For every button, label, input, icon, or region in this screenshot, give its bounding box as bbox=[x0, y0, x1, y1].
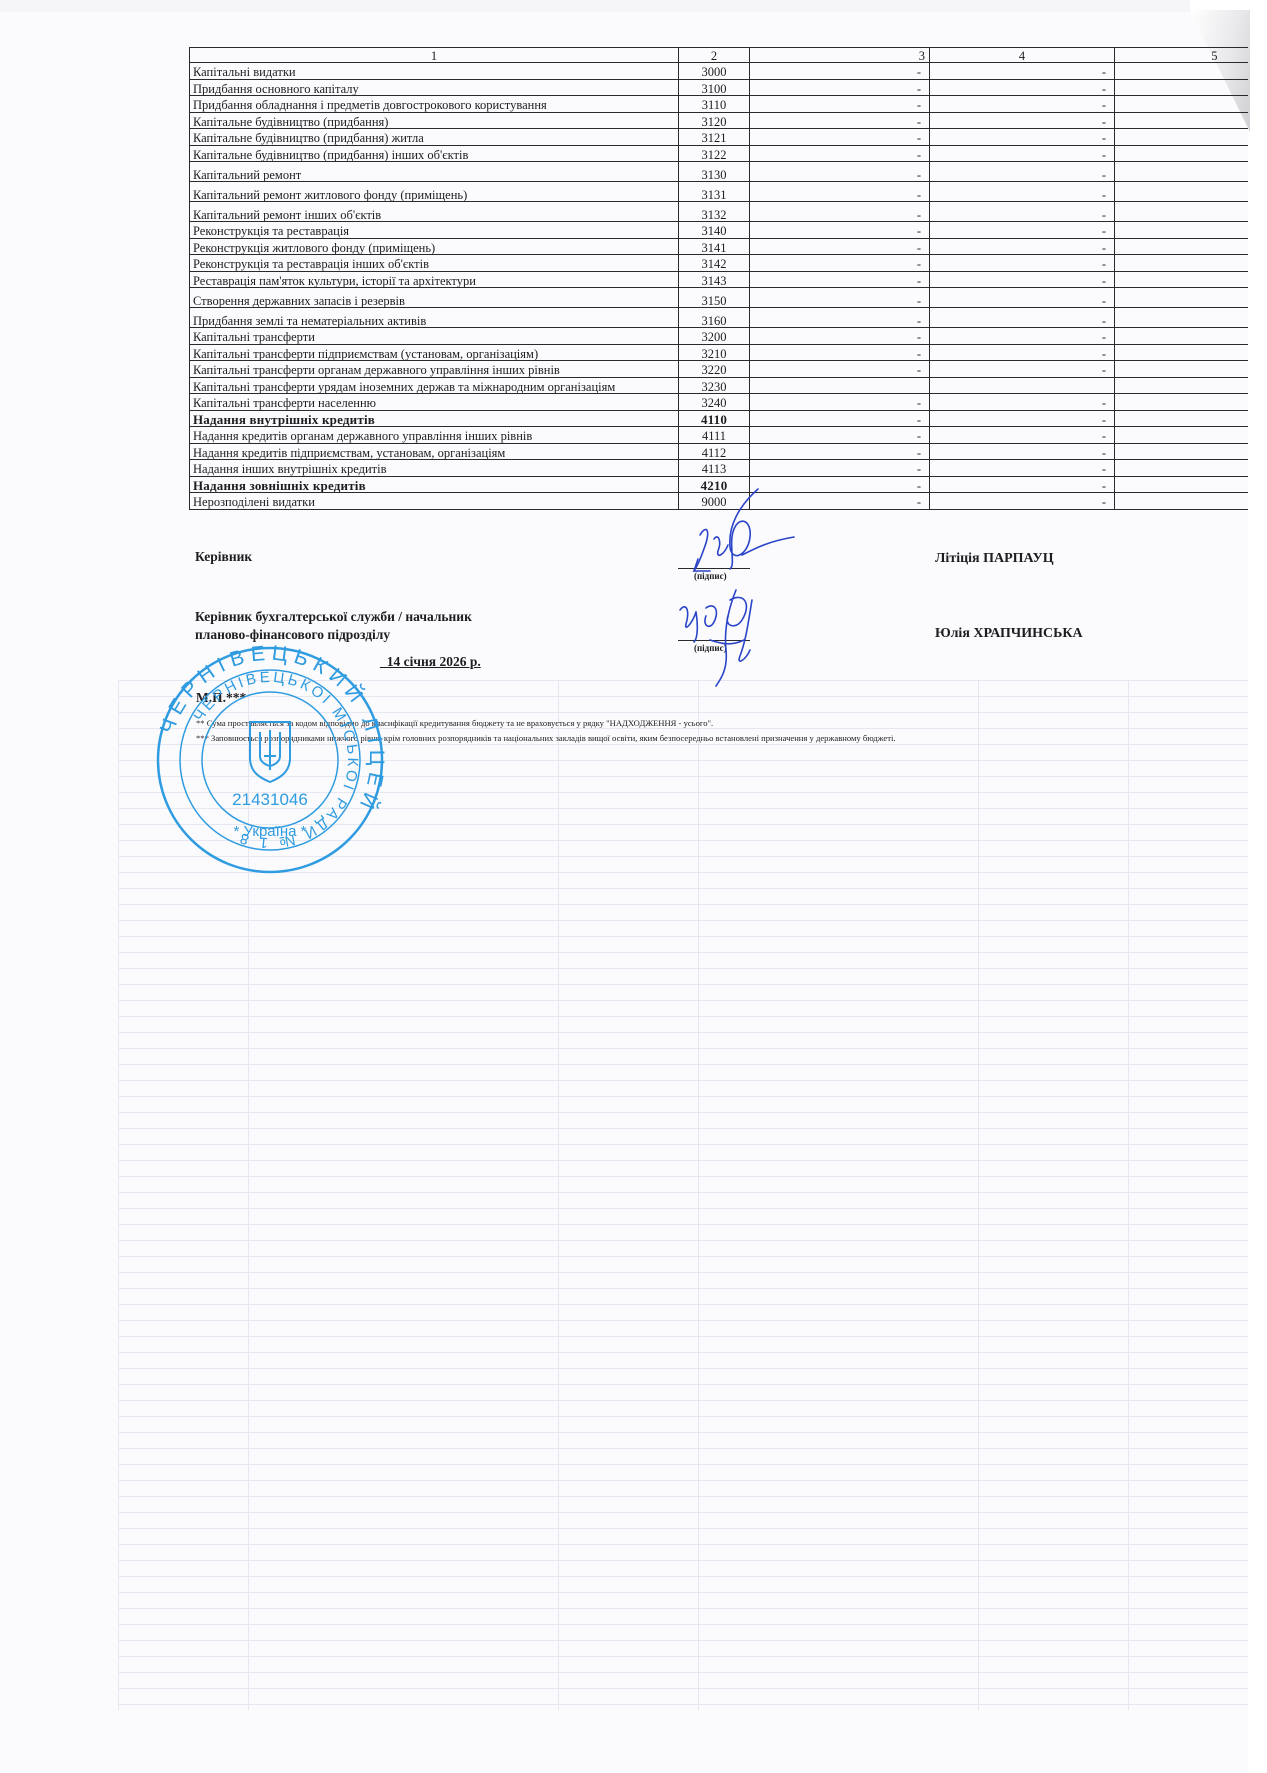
expenditure-table: 1 2 3 4 5 Капітальні видатки3000--Придба… bbox=[189, 47, 1248, 510]
row-value-col5 bbox=[1115, 271, 1248, 288]
row-name: Реставрація пам'яток культури, історії т… bbox=[190, 271, 679, 288]
row-value-col3: - bbox=[750, 79, 930, 96]
row-name: Нерозподілені видатки bbox=[190, 493, 679, 510]
row-name: Придбання землі та нематеріальних активі… bbox=[190, 308, 679, 328]
row-value-col3: - bbox=[750, 96, 930, 113]
row-value-col3: - bbox=[750, 308, 930, 328]
table-row: Надання інших внутрішніх кредитів4113-- bbox=[190, 460, 1248, 477]
row-name: Капітальні видатки bbox=[190, 63, 679, 80]
row-value-col4: - bbox=[930, 112, 1115, 129]
row-code: 3240 bbox=[679, 394, 750, 411]
row-value-col4: - bbox=[930, 271, 1115, 288]
table-row: Реконструкція та реставрація3140-- bbox=[190, 222, 1248, 239]
row-code: 3160 bbox=[679, 308, 750, 328]
row-name: Придбання обладнання і предметів довгост… bbox=[190, 96, 679, 113]
row-name: Створення державних запасів і резервів bbox=[190, 288, 679, 308]
head-signature-icon bbox=[670, 485, 800, 585]
row-code: 4113 bbox=[679, 460, 750, 477]
row-value-col5 bbox=[1115, 493, 1248, 510]
row-value-col5 bbox=[1115, 443, 1248, 460]
row-code: 3120 bbox=[679, 112, 750, 129]
table-row: Капітальне будівництво (придбання) інших… bbox=[190, 145, 1248, 162]
row-value-col5 bbox=[1115, 129, 1248, 146]
row-value-col5 bbox=[1115, 238, 1248, 255]
table-row: Придбання обладнання і предметів довгост… bbox=[190, 96, 1248, 113]
row-name: Придбання основного капіталу bbox=[190, 79, 679, 96]
column-header: 1 bbox=[190, 48, 679, 63]
row-name: Капітальний ремонт інших об'єктів bbox=[190, 202, 679, 222]
row-value-col5 bbox=[1115, 202, 1248, 222]
row-value-col5 bbox=[1115, 394, 1248, 411]
row-value-col3: - bbox=[750, 63, 930, 80]
row-value-col5 bbox=[1115, 145, 1248, 162]
row-value-col4: - bbox=[930, 493, 1115, 510]
row-value-col3: - bbox=[750, 145, 930, 162]
row-value-col3: - bbox=[750, 238, 930, 255]
accountant-signature-icon bbox=[670, 580, 790, 690]
head-name: Літіція ПАРПАУЦ bbox=[935, 551, 1054, 567]
row-value-col5 bbox=[1115, 112, 1248, 129]
row-code: 3200 bbox=[679, 328, 750, 345]
table-row: Капітальне будівництво (придбання)3120-- bbox=[190, 112, 1248, 129]
row-value-col4: - bbox=[930, 79, 1115, 96]
table-row: Придбання основного капіталу3100-- bbox=[190, 79, 1248, 96]
row-value-col4: - bbox=[930, 361, 1115, 378]
row-value-col4: - bbox=[930, 145, 1115, 162]
row-value-col5 bbox=[1115, 162, 1248, 182]
row-value-col5 bbox=[1115, 63, 1248, 80]
row-name: Надання зовнішніх кредитів bbox=[190, 476, 679, 493]
official-stamp-icon: ЧЕРНІВЕЦЬКИЙ ЛІЦЕЙ ЧЕРНІВЕЦЬКОЇ МІСЬКОЇ … bbox=[150, 640, 390, 880]
row-name: Капітальний ремонт житлового фонду (прим… bbox=[190, 182, 679, 202]
row-value-col4: - bbox=[930, 460, 1115, 477]
row-value-col3: - bbox=[750, 162, 930, 182]
row-name: Надання внутрішніх кредитів bbox=[190, 410, 679, 427]
row-value-col4: - bbox=[930, 182, 1115, 202]
row-name: Реконструкція житлового фонду (приміщень… bbox=[190, 238, 679, 255]
head-label: Керівник bbox=[195, 548, 252, 566]
row-name: Капітальне будівництво (придбання) bbox=[190, 112, 679, 129]
row-value-col5 bbox=[1115, 361, 1248, 378]
row-code: 4112 bbox=[679, 443, 750, 460]
row-value-col4: - bbox=[930, 288, 1115, 308]
row-value-col4: - bbox=[930, 443, 1115, 460]
row-code: 3143 bbox=[679, 271, 750, 288]
row-value-col5 bbox=[1115, 377, 1248, 394]
row-value-col4: - bbox=[930, 222, 1115, 239]
row-code: 3210 bbox=[679, 344, 750, 361]
row-value-col3: - bbox=[750, 112, 930, 129]
table-header-row: 1 2 3 4 5 bbox=[190, 48, 1248, 63]
row-value-col5 bbox=[1115, 344, 1248, 361]
row-value-col5 bbox=[1115, 476, 1248, 493]
row-value-col3: - bbox=[750, 427, 930, 444]
row-code: 3110 bbox=[679, 96, 750, 113]
row-code: 3140 bbox=[679, 222, 750, 239]
row-code: 3130 bbox=[679, 162, 750, 182]
row-name: Капітальні трансферти урядам іноземних д… bbox=[190, 377, 679, 394]
table-row: Капітальний ремонт житлового фонду (прим… bbox=[190, 182, 1248, 202]
row-value-col5 bbox=[1115, 96, 1248, 113]
row-code: 4111 bbox=[679, 427, 750, 444]
document-date: _14 січня 2026 р. bbox=[380, 654, 481, 670]
row-code: 3131 bbox=[679, 182, 750, 202]
row-value-col4 bbox=[930, 377, 1115, 394]
row-name: Надання кредитів підприємствам, установа… bbox=[190, 443, 679, 460]
row-value-col4: - bbox=[930, 162, 1115, 182]
scan-margin-top bbox=[1190, 0, 1267, 10]
column-header: 5 bbox=[1115, 48, 1248, 63]
row-name: Реконструкція та реставрація bbox=[190, 222, 679, 239]
table-row: Капітальні трансферти урядам іноземних д… bbox=[190, 377, 1248, 394]
table-row: Капітальний ремонт інших об'єктів3132-- bbox=[190, 202, 1248, 222]
row-value-col4: - bbox=[930, 476, 1115, 493]
row-code: 3122 bbox=[679, 145, 750, 162]
row-name: Капітальне будівництво (придбання) інших… bbox=[190, 145, 679, 162]
row-value-col3: - bbox=[750, 443, 930, 460]
row-value-col4: - bbox=[930, 344, 1115, 361]
column-header: 4 bbox=[930, 48, 1115, 63]
row-value-col4: - bbox=[930, 394, 1115, 411]
row-name: Капітальне будівництво (придбання) житла bbox=[190, 129, 679, 146]
table-row: Надання внутрішніх кредитів4110-- bbox=[190, 410, 1248, 427]
table-row: Капітальне будівництво (придбання) житла… bbox=[190, 129, 1248, 146]
row-value-col3: - bbox=[750, 129, 930, 146]
row-value-col4: - bbox=[930, 410, 1115, 427]
row-value-col4: - bbox=[930, 328, 1115, 345]
row-code: 3150 bbox=[679, 288, 750, 308]
table-row: Капітальні трансферти органам державного… bbox=[190, 361, 1248, 378]
row-value-col3: - bbox=[750, 182, 930, 202]
row-code: 3121 bbox=[679, 129, 750, 146]
row-code: 3220 bbox=[679, 361, 750, 378]
row-value-col3: - bbox=[750, 288, 930, 308]
accountant-name: Юлія ХРАПЧИНСЬКА bbox=[935, 626, 1083, 642]
row-value-col5 bbox=[1115, 328, 1248, 345]
row-value-col4: - bbox=[930, 308, 1115, 328]
table-row: Надання кредитів органам державного упра… bbox=[190, 427, 1248, 444]
row-value-col5 bbox=[1115, 410, 1248, 427]
row-name: Надання кредитів органам державного упра… bbox=[190, 427, 679, 444]
accountant-label-line1: Керівник бухгалтерської служби / начальн… bbox=[195, 608, 472, 626]
row-value-col3: - bbox=[750, 410, 930, 427]
row-value-col3 bbox=[750, 377, 930, 394]
table-row: Капітальні трансферти3200-- bbox=[190, 328, 1248, 345]
table-row: Придбання землі та нематеріальних активі… bbox=[190, 308, 1248, 328]
row-value-col3: - bbox=[750, 271, 930, 288]
row-value-col3: - bbox=[750, 394, 930, 411]
row-value-col4: - bbox=[930, 427, 1115, 444]
row-code: 3132 bbox=[679, 202, 750, 222]
row-value-col5 bbox=[1115, 288, 1248, 308]
table-row: Капітальні трансферти населенню3240-- bbox=[190, 394, 1248, 411]
row-value-col5 bbox=[1115, 222, 1248, 239]
table-row: Створення державних запасів і резервів31… bbox=[190, 288, 1248, 308]
row-name: Надання інших внутрішніх кредитів bbox=[190, 460, 679, 477]
row-name: Капітальний ремонт bbox=[190, 162, 679, 182]
row-name: Капітальні трансферти bbox=[190, 328, 679, 345]
row-code: 3141 bbox=[679, 238, 750, 255]
row-name: Капітальні трансферти органам державного… bbox=[190, 361, 679, 378]
scan-margin bbox=[1248, 0, 1267, 1773]
row-value-col3: - bbox=[750, 202, 930, 222]
row-code: 3100 bbox=[679, 79, 750, 96]
row-value-col5 bbox=[1115, 182, 1248, 202]
row-value-col3: - bbox=[750, 328, 930, 345]
row-value-col5 bbox=[1115, 460, 1248, 477]
column-header: 3 bbox=[750, 48, 930, 63]
table-row: Реконструкція та реставрація інших об'єк… bbox=[190, 255, 1248, 272]
table-row: Надання кредитів підприємствам, установа… bbox=[190, 443, 1248, 460]
row-value-col3: - bbox=[750, 222, 930, 239]
column-header: 2 bbox=[679, 48, 750, 63]
svg-text:21431046: 21431046 bbox=[232, 790, 308, 809]
row-code: 3000 bbox=[679, 63, 750, 80]
table-row: Капітальні видатки3000-- bbox=[190, 63, 1248, 80]
row-value-col3: - bbox=[750, 255, 930, 272]
row-value-col3: - bbox=[750, 460, 930, 477]
row-value-col3: - bbox=[750, 344, 930, 361]
row-value-col5 bbox=[1115, 427, 1248, 444]
row-value-col5 bbox=[1115, 255, 1248, 272]
table-row: Капітальний ремонт3130-- bbox=[190, 162, 1248, 182]
table-row: Реконструкція житлового фонду (приміщень… bbox=[190, 238, 1248, 255]
row-value-col4: - bbox=[930, 129, 1115, 146]
row-code: 3142 bbox=[679, 255, 750, 272]
row-value-col5 bbox=[1115, 79, 1248, 96]
row-value-col5 bbox=[1115, 308, 1248, 328]
row-value-col4: - bbox=[930, 238, 1115, 255]
row-name: Реконструкція та реставрація інших об'єк… bbox=[190, 255, 679, 272]
table-row: Реставрація пам'яток культури, історії т… bbox=[190, 271, 1248, 288]
row-value-col4: - bbox=[930, 202, 1115, 222]
row-name: Капітальні трансферти населенню bbox=[190, 394, 679, 411]
row-name: Капітальні трансферти підприємствам (уст… bbox=[190, 344, 679, 361]
row-value-col4: - bbox=[930, 63, 1115, 80]
table-row: Капітальні трансферти підприємствам (уст… bbox=[190, 344, 1248, 361]
row-value-col3: - bbox=[750, 361, 930, 378]
row-value-col4: - bbox=[930, 255, 1115, 272]
accountant-label: Керівник бухгалтерської служби / начальн… bbox=[195, 608, 472, 644]
svg-text:* Україна *: * Україна * bbox=[234, 823, 307, 840]
row-code: 3230 bbox=[679, 377, 750, 394]
row-value-col4: - bbox=[930, 96, 1115, 113]
row-code: 4110 bbox=[679, 410, 750, 427]
